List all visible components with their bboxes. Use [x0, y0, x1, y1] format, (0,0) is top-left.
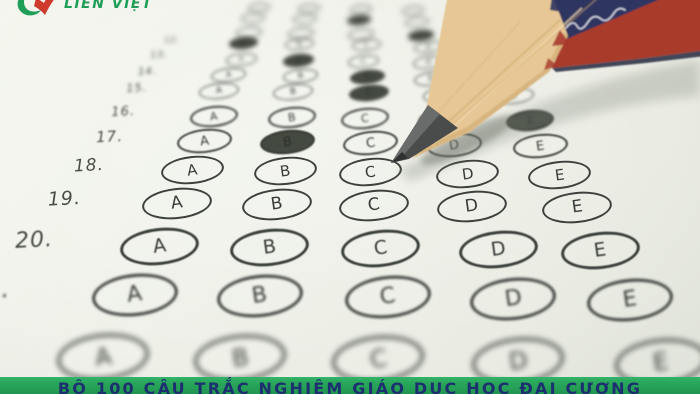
question-number: 17.	[43, 127, 124, 149]
option-letter: A	[210, 110, 219, 122]
answer-bubble-17-B: B	[258, 127, 315, 157]
option-letter: E	[652, 349, 670, 375]
option-letter: E	[593, 241, 608, 261]
answer-bubble-r1-C	[347, 14, 372, 26]
option-letter: E	[511, 91, 518, 101]
option-letter: E	[622, 288, 639, 312]
answer-bubble-r0-E	[456, 6, 479, 17]
option-letter: B	[261, 237, 277, 258]
answer-bubble-16-C: C	[340, 105, 390, 131]
option-letter: E	[570, 199, 583, 217]
option-letter: D	[507, 347, 529, 373]
answer-bubble-12-E: E	[476, 40, 506, 55]
option-letter: C	[360, 112, 369, 124]
answer-row	[0, 0, 700, 394]
option-letter: D	[489, 239, 506, 260]
answer-bubble-16-D: D	[417, 107, 467, 133]
answer-bubble-19-D: D	[436, 188, 509, 226]
answer-bubble-r0-C	[350, 4, 373, 15]
answer-row: 18.ABCDE	[0, 0, 700, 394]
option-letter: C	[364, 73, 371, 82]
option-letter: D	[464, 197, 479, 216]
option-letter: C	[372, 238, 388, 259]
question-number: 12.	[100, 35, 180, 48]
option-letter: B	[297, 72, 304, 81]
option-letter: C	[364, 164, 376, 180]
option-letter: A	[151, 236, 167, 257]
answer-bubble-19-C: C	[338, 186, 411, 224]
option-letter: B	[230, 345, 250, 371]
option-letter: B	[270, 195, 284, 213]
bottom-banner: BỘ 100 CÂU TRẮC NGHIỆM GIÁO DỤC HỌC ĐẠI …	[0, 377, 700, 394]
answer-bubble-19-B: B	[241, 185, 314, 223]
answer-bubble-r2-C	[347, 28, 374, 42]
option-letter: A	[199, 134, 210, 148]
option-letter: B	[296, 40, 302, 48]
option-letter: D	[503, 287, 523, 311]
answer-bubble-15-A: A	[198, 81, 239, 101]
answer-bubble-18-C: C	[337, 155, 403, 189]
answer-bubble-17-D: D	[425, 130, 482, 160]
option-letter: D	[437, 114, 447, 126]
answer-bubble-20-E: E	[559, 228, 641, 273]
option-letter: A	[238, 55, 244, 63]
answer-bubble-r2-E	[472, 30, 499, 44]
option-letter: C	[363, 42, 369, 50]
answer-bubble-20-B: B	[228, 225, 310, 270]
answer-bubble-17-C: C	[341, 129, 398, 159]
answer-row: 20.ABCDE	[0, 0, 700, 394]
option-letter: A	[170, 194, 184, 212]
answer-bubble-13-A: A	[225, 51, 257, 67]
answer-bubble-14-D: D	[413, 70, 449, 88]
answer-bubble-r2-B	[287, 26, 314, 40]
logo-text: LIÊN VIỆT	[64, 0, 153, 12]
question-number: 18.	[24, 155, 105, 179]
option-letter: A	[93, 344, 113, 370]
answer-bubble-14-C: C	[349, 69, 385, 87]
option-letter: B	[289, 87, 296, 97]
option-letter: E	[553, 167, 564, 183]
photo-answer-sheet-thumbnail: 12.ABCDE13.ABCDE14.ABCDE15.ABCDE16.ABCDE…	[0, 0, 700, 394]
answer-row	[0, 0, 700, 394]
option-letter: C	[367, 196, 381, 214]
option-letter: B	[251, 284, 269, 308]
answer-bubble-r0-D	[402, 5, 425, 16]
answer-row: 16.ABCDE	[0, 0, 700, 394]
answer-bubble-r1-E	[465, 17, 490, 29]
answer-bubble-21-D: D	[468, 273, 558, 324]
option-letter: E	[490, 60, 495, 68]
answer-bubble-13-E: E	[477, 56, 509, 72]
answer-row: 19.ABCDE	[0, 0, 700, 394]
answer-bubble-12-C: C	[351, 38, 381, 53]
option-letter: A	[215, 86, 222, 96]
option-letter: C	[365, 88, 372, 98]
answer-row: 14.ABCDE	[0, 0, 700, 394]
answer-bubble-20-C: C	[339, 226, 421, 271]
question-number: 21.	[0, 274, 11, 307]
answer-bubble-19-A: A	[141, 184, 214, 222]
option-letter: C	[365, 136, 376, 150]
option-letter: B	[282, 135, 293, 149]
option-letter: B	[287, 111, 296, 123]
answer-bubble-r0-B	[298, 3, 321, 14]
option-letter: E	[526, 115, 534, 127]
answer-bubble-14-B: B	[282, 67, 318, 85]
question-number: 15.	[67, 81, 148, 98]
banner-title: BỘ 100 CÂU TRẮC NGHIỆM GIÁO DỤC HỌC ĐẠI …	[58, 379, 642, 394]
question-number: 16.	[55, 103, 136, 122]
option-letter: C	[368, 346, 388, 372]
answer-sheet: 12.ABCDE13.ABCDE14.ABCDE15.ABCDE16.ABCDE…	[0, 0, 700, 394]
answer-bubble-r2-A	[235, 25, 262, 39]
option-letter: E	[495, 75, 501, 84]
answer-bubble-15-D: D	[422, 85, 463, 105]
answer-bubble-r0-A	[248, 1, 271, 12]
answer-bubble-13-D: D	[412, 55, 444, 71]
option-letter: A	[186, 162, 198, 178]
option-letter: D	[425, 43, 431, 51]
option-letter: D	[460, 165, 474, 181]
answer-bubble-r1-B	[293, 13, 318, 25]
answer-bubble-18-E: E	[526, 158, 592, 192]
option-letter: B	[279, 163, 291, 179]
answer-bubble-17-A: A	[175, 126, 232, 156]
option-letter: D	[427, 74, 434, 83]
answer-bubble-15-E: E	[493, 86, 534, 106]
answer-bubble-12-A: A	[228, 36, 258, 51]
answer-row: ABCDE	[0, 0, 700, 394]
option-letter: D	[439, 90, 447, 100]
answer-row: 17.ABCDE	[0, 0, 700, 394]
option-letter: D	[425, 59, 431, 67]
option-letter: E	[488, 44, 493, 52]
option-letter: A	[126, 283, 144, 307]
option-letter: A	[225, 71, 232, 80]
answer-bubble-16-E: E	[505, 108, 555, 134]
answer-bubble-21-E: E	[585, 274, 675, 325]
option-letter: B	[295, 56, 301, 64]
question-number: 19.	[0, 187, 81, 213]
answer-bubble-21-B: B	[215, 271, 305, 322]
answer-row	[0, 0, 700, 394]
question-number: 14.	[77, 65, 157, 80]
answer-bubble-14-E: E	[480, 71, 516, 89]
answer-bubble-r1-A	[241, 12, 266, 24]
answer-bubble-16-B: B	[267, 104, 317, 130]
answer-bubble-15-C: C	[348, 83, 389, 103]
answer-bubble-19-E: E	[541, 189, 614, 227]
answer-bubble-13-B: B	[282, 52, 314, 68]
answer-bubble-13-C: C	[347, 53, 379, 69]
option-letter: C	[360, 58, 366, 66]
question-number: 20.	[0, 227, 54, 256]
option-letter: A	[240, 39, 246, 47]
answer-bubble-r2-D	[407, 29, 434, 43]
answer-bubble-17-E: E	[511, 131, 568, 161]
answer-bubble-18-A: A	[159, 153, 225, 187]
answer-bubble-14-A: A	[210, 66, 246, 84]
question-number: 13.	[88, 50, 168, 64]
answer-bubble-15-B: B	[272, 82, 313, 102]
answer-row: 12.ABCDE	[0, 0, 700, 394]
answer-bubble-16-A: A	[189, 103, 239, 129]
answer-row: 13.ABCDE	[0, 0, 700, 394]
answer-bubble-21-A: A	[90, 270, 180, 321]
answer-row: 21.ABCDE	[0, 0, 700, 394]
answer-bubble-12-B: B	[284, 37, 314, 52]
answer-row: 15.ABCDE	[0, 0, 700, 394]
answer-bubble-20-A: A	[118, 223, 200, 268]
answer-bubble-r1-D	[405, 15, 430, 27]
answer-bubble-12-D: D	[413, 39, 443, 54]
answer-bubble-18-D: D	[434, 156, 500, 190]
answer-bubble-18-B: B	[252, 154, 318, 188]
option-letter: C	[379, 285, 397, 309]
option-letter: D	[448, 137, 460, 151]
answer-bubble-20-D: D	[457, 227, 539, 272]
answer-bubble-21-C: C	[343, 272, 433, 323]
option-letter: E	[535, 139, 545, 153]
